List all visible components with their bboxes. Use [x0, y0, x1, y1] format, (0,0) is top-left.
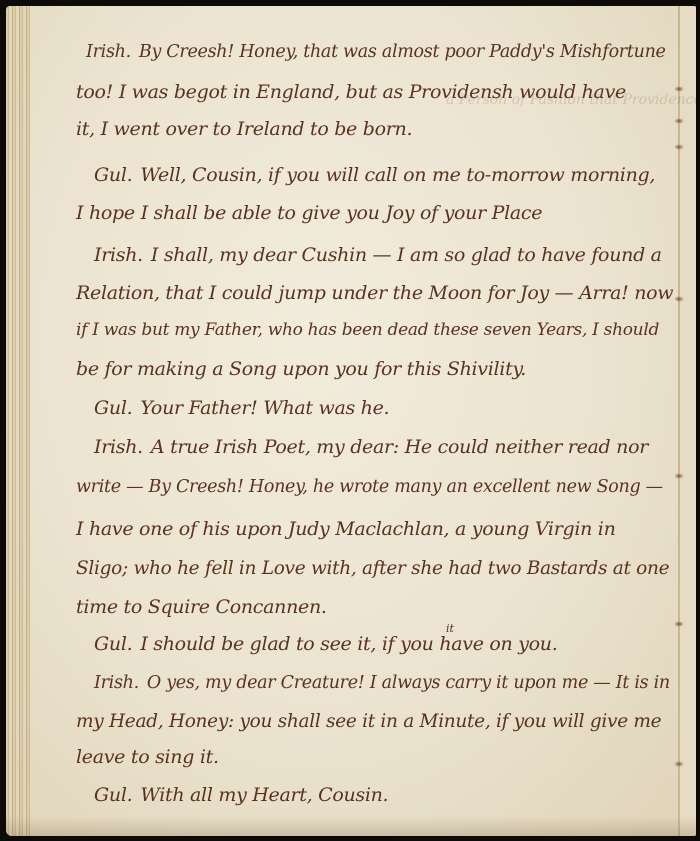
- speaker-label: Gul.: [94, 397, 132, 419]
- text-line: if I was but my Father, who has been dea…: [76, 320, 659, 340]
- text-line: I hope I shall be able to give you Joy o…: [76, 202, 542, 224]
- speaker-label: Irish.: [86, 42, 131, 62]
- binding-strip: [680, 6, 696, 836]
- text-line: leave to sing it.: [76, 746, 219, 768]
- manuscript-page: a Person of Fashion that Providence Iris…: [6, 6, 696, 836]
- page-shadow: [6, 816, 696, 836]
- text-line: Irish.I shall, my dear Cushin — I am so …: [94, 244, 662, 266]
- page-edges: [6, 6, 30, 836]
- text-line: Irish.A true Irish Poet, my dear: He cou…: [94, 436, 648, 458]
- stitch-hole: [674, 761, 684, 767]
- text-line: Gul.I should be glad to see it, if you h…: [94, 633, 557, 655]
- stitch-hole: [674, 473, 684, 479]
- speaker-label: Irish.: [94, 673, 139, 693]
- text-line: Gul.With all my Heart, Cousin.: [94, 784, 388, 806]
- speaker-label: Gul.: [94, 784, 132, 806]
- text-line: my Head, Honey: you shall see it in a Mi…: [76, 711, 661, 732]
- text-line: be for making a Song upon you for this S…: [76, 358, 526, 380]
- text-line: too! I was begot in England, but as Prov…: [76, 81, 626, 103]
- stitch-hole: [674, 118, 684, 124]
- speaker-label: Irish.: [94, 244, 143, 266]
- text-line: Irish.O yes, my dear Creature! I always …: [94, 673, 670, 693]
- text-line: Irish.By Creesh! Honey, that was almost …: [86, 42, 666, 62]
- stitch-hole: [674, 144, 684, 150]
- text-line: Sligo; who he fell in Love with, after s…: [76, 558, 669, 579]
- text-line: Relation, that I could jump under the Mo…: [76, 282, 673, 304]
- text-line: I have one of his upon Judy Maclachlan, …: [76, 518, 616, 540]
- stitch-hole: [674, 621, 684, 627]
- speaker-label: Gul.: [94, 164, 132, 186]
- text-line: Gul.Well, Cousin, if you will call on me…: [94, 164, 655, 186]
- text-line: write — By Creesh! Honey, he wrote many …: [76, 477, 663, 497]
- speaker-label: Gul.: [94, 633, 132, 655]
- interlinear-insertion: it: [446, 622, 454, 635]
- speaker-label: Irish.: [94, 436, 143, 458]
- text-line: Gul.Your Father! What was he.: [94, 397, 389, 419]
- text-line: time to Squire Concannen.: [76, 596, 327, 618]
- text-line: it, I went over to Ireland to be born.: [76, 118, 412, 140]
- stitch-hole: [674, 296, 684, 302]
